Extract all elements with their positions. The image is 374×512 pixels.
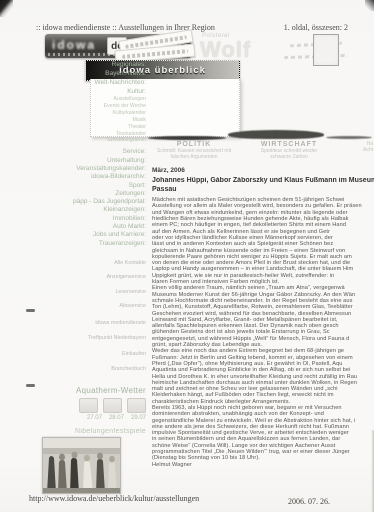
article-body-line: Museums Moderner Kunst der 56-jährige Un… (152, 292, 374, 298)
sidebar-link[interactable]: Auto Markt: (28, 223, 146, 231)
festival-title: Nibelungenfestspiele (28, 428, 146, 435)
sidebar-link[interactable]: Zeitungen: (28, 190, 146, 198)
scan-streak (228, 130, 324, 139)
ribbon-script-lines (122, 49, 188, 59)
article-body-line: Einen völlig anderen Traum, nämlich sein… (152, 285, 374, 291)
sidebar-link[interactable]: Bayern-News: (28, 69, 146, 78)
article-title-line1: Johannes Hüppi, Gábor Záborszky und Klau… (152, 177, 374, 186)
sidebar-partner-link[interactable]: Branchenbuch (28, 362, 146, 378)
sidebar: Regionales:Bayern-News:Welt-Nachrichten:… (28, 60, 146, 435)
weather-date: 29.07 (131, 415, 146, 421)
sidebar-service-link[interactable]: Anzeigenservice (28, 270, 146, 285)
festival-photo-image (43, 438, 120, 493)
sidebar-sublink[interactable]: Theater (28, 124, 146, 131)
sidebar-sublink[interactable]: Szenetelegramm (28, 137, 146, 144)
print-footer-url: http://www.idowa.de/ueberblick/kultur/au… (29, 494, 199, 503)
sidebar-link[interactable]: päpp - Das Jugendportal: (28, 198, 146, 206)
weather-icon (79, 398, 98, 413)
weather-icon (103, 398, 122, 413)
sidebar-link[interactable]: Unterhaltung: (28, 157, 146, 165)
news-section-truncated: Hä Acht (340, 141, 374, 160)
sidebar-sublink[interactable]: Ausstellungen (28, 96, 146, 103)
article-body-line: Weder das eine noch das andere Extrem be… (152, 348, 374, 354)
sidebar-sublink[interactable]: Events der Woche (28, 103, 146, 110)
sidebar-service-link[interactable]: Alle Kontakte (28, 256, 146, 271)
sidebar-link[interactable]: Kultur: (28, 87, 146, 96)
article-body-line: Hella und Dorothea K. in eher unvorteilh… (152, 374, 374, 380)
news-section-politik[interactable]: POLITIK Schmidt: Kassen verunsichert mit… (150, 141, 238, 160)
logo-wordmark: idowa (52, 38, 96, 52)
sidebar-link[interactable]: Immobilien: (28, 215, 146, 223)
article: März, 2006 Johannes Hüppi, Gábor Záborsz… (152, 167, 374, 468)
weather-widget: Aquatherm-Wetter 27.0728.0729.07 (28, 386, 146, 421)
sidebar-partner-link[interactable]: Einkaufen (28, 347, 146, 363)
sidebar-link[interactable]: idowa-Bilderarchiv: (28, 173, 146, 181)
article-date: März, 2006 (152, 167, 374, 174)
weather-widget-title: Aquatherm-Wetter (28, 386, 146, 395)
print-page-number: 1. oldal, összesen: 2 (284, 23, 348, 32)
print-header: :: idowa mediendienste :: Ausstellungen … (36, 23, 348, 32)
article-body-line: Geschehen evoziert wird, während für das… (152, 311, 374, 317)
weather-icons-row (28, 398, 146, 413)
article-body-line: gleichsam in Nahaufnahme küssende oder i… (152, 248, 374, 254)
sidebar-sublink[interactable]: Tourkalender (28, 131, 146, 138)
sidebar-link[interactable]: Regionales: (28, 60, 146, 69)
sidebar-service-link[interactable]: Aboservice (28, 299, 146, 314)
article-body-line: Aquatinta und Farbradierung Einblicke in… (152, 367, 374, 373)
sidebar-link[interactable]: Jobs und Karriere: (28, 231, 146, 239)
sidebar-link[interactable]: Traueranzeigen: (28, 240, 146, 248)
article-body-line: gegenständliche Malerei zu entwickeln. W… (152, 418, 374, 424)
sidebar-link[interactable]: Veranstaltungskalender: (28, 165, 146, 173)
article-body-line: Laptop und Handy ausgenommen – in einer … (152, 266, 374, 272)
article-body-line: Ton (Lehm), Kunststoff, Aquarellfarbe, R… (152, 304, 374, 310)
article-body-line: Helmut Wagner (152, 462, 374, 468)
print-footer-date: 2006. 07. 26. (288, 497, 330, 506)
sidebar-service-link[interactable]: Leserservice (28, 285, 146, 300)
scan-corner-artifact (365, 0, 374, 11)
scan-corner-artifact (0, 0, 13, 17)
sidebar-link[interactable]: Kleinanzeigen: (28, 206, 146, 214)
scan-streak (326, 136, 372, 139)
idowa-logo: idowa de (45, 32, 191, 60)
news-section-bar: POLITIK Schmidt: Kassen verunsichert mit… (150, 141, 374, 160)
weather-date: 28.07 (109, 415, 124, 421)
sidebar-sublink[interactable]: Musik (28, 117, 146, 124)
article-body-line: einem PC; noch häufiger in engen, tief d… (152, 222, 374, 228)
weather-icon (127, 398, 146, 413)
sidebar-sublink[interactable]: Kulturkalender (28, 110, 146, 117)
weather-date: 27.07 (87, 415, 102, 421)
news-section-wirtschaft[interactable]: WIRTSCHAFT Spediteur schreibt wieder sch… (238, 141, 340, 160)
ad-image-placeholder (313, 34, 339, 66)
sidebar-partner-link[interactable]: idowa mediendienste (28, 316, 146, 332)
sidebar-partner-link[interactable]: Treffpunkt Niederbayern (28, 331, 146, 347)
article-body-line: Ausstellung vor allem als Maler vorgeste… (152, 203, 374, 209)
festival-photo[interactable] (42, 437, 121, 494)
scan-streak (148, 136, 226, 140)
article-title-line2: Passau (152, 186, 374, 195)
sidebar-link[interactable]: Service: (28, 148, 146, 156)
article-body-line: Fußmann: Jetzt in Berlin und Gelting leb… (152, 355, 374, 361)
sidebar-link[interactable]: Welt-Nachrichten: (28, 78, 146, 87)
sidebar-link[interactable]: Sport: (28, 182, 146, 190)
